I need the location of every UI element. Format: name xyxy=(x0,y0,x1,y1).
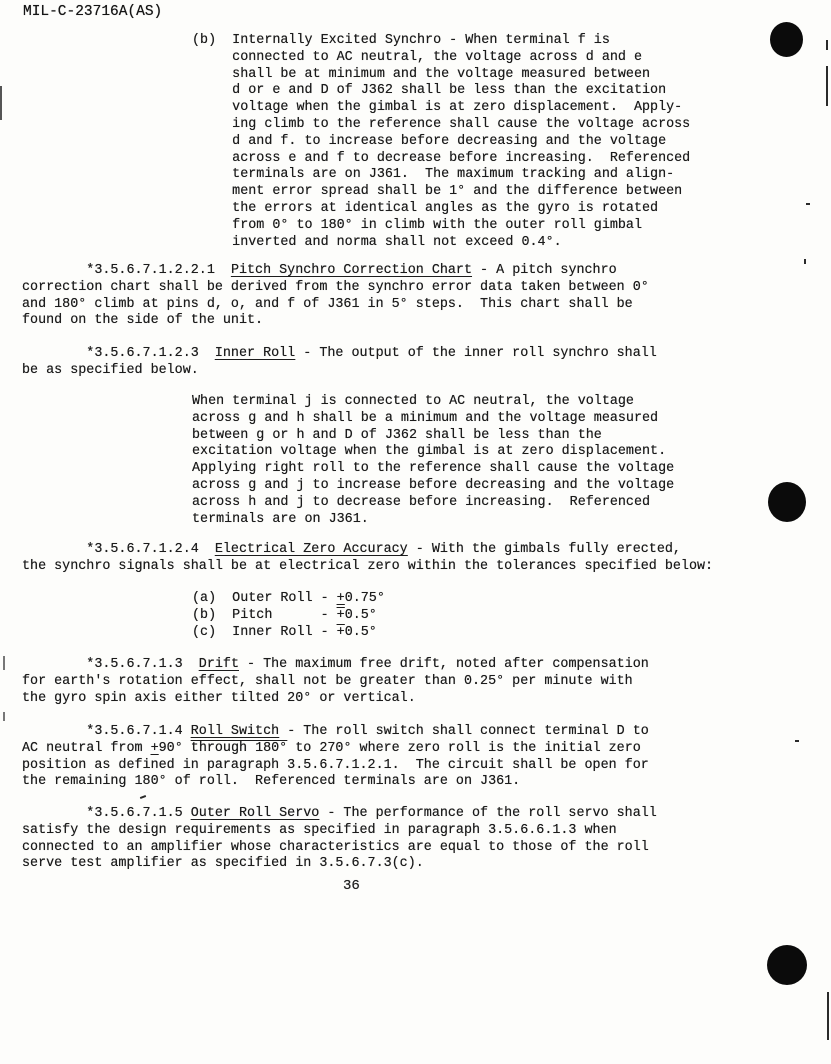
text-line: When terminal j is connected to AC neutr… xyxy=(192,394,674,411)
text-line: (b) Internally Excited Synchro - When te… xyxy=(192,33,690,50)
text-line: across e and f to decrease before increa… xyxy=(192,151,690,168)
text-line: across h and j to decrease before increa… xyxy=(192,495,674,512)
text-line: correction chart shall be derived from t… xyxy=(22,280,649,297)
text-line: *3.5.6.7.1.2.4 Electrical Zero Accuracy … xyxy=(22,542,713,559)
text-line: ment error spread shall be 1° and the di… xyxy=(192,184,690,201)
text-line: inverted and norma shall not exceed 0.4°… xyxy=(192,235,690,252)
page-number: 36 xyxy=(343,878,360,894)
hole-punch-mark-top xyxy=(770,22,803,57)
scan-speck xyxy=(0,86,2,120)
scan-speck xyxy=(3,656,5,670)
text-line: across g and h shall be a minimum and th… xyxy=(192,411,674,428)
text-line: the gyro spin axis either tilted 20° or … xyxy=(22,691,649,708)
text-line: ing climb to the reference shall cause t… xyxy=(192,117,690,134)
text-line: *3.5.6.7.1.2.2.1 Pitch Synchro Correctio… xyxy=(22,263,649,280)
text-line: serve test amplifier as specified in 3.5… xyxy=(22,856,657,873)
scan-edge-mark xyxy=(827,992,829,1040)
text-line: found on the side of the unit. xyxy=(22,313,649,330)
scan-edge-mark xyxy=(826,66,828,106)
list-zero-tolerances: (a) Outer Roll - +0.75°(b) Pitch - +0.5°… xyxy=(192,591,385,641)
text-line: the errors at identical angles as the gy… xyxy=(192,201,690,218)
scan-speck xyxy=(140,795,146,799)
text-line: excitation voltage when the gimbal is at… xyxy=(192,444,674,461)
text-line: the synchro signals shall be at electric… xyxy=(22,559,713,576)
text-line: connected to an amplifier whose characte… xyxy=(22,840,657,857)
document-number: MIL-C-23716A(AS) xyxy=(23,4,162,20)
text-line: *3.5.6.7.1.4 Roll Switch - The roll swit… xyxy=(22,724,649,741)
paragraph-terminal-j: When terminal j is connected to AC neutr… xyxy=(192,394,674,528)
scan-speck xyxy=(795,740,799,742)
paragraph-electrical-zero-accuracy: *3.5.6.7.1.2.4 Electrical Zero Accuracy … xyxy=(22,542,713,576)
text-line: across g and j to increase before decrea… xyxy=(192,478,674,495)
text-line: Applying right roll to the reference sha… xyxy=(192,461,674,478)
text-line: AC neutral from +90° through 180° to 270… xyxy=(22,741,649,758)
text-line: satisfy the design requirements as speci… xyxy=(22,823,657,840)
scan-speck xyxy=(806,203,810,205)
scan-speck xyxy=(3,712,5,721)
hole-punch-mark-middle xyxy=(768,482,806,522)
hole-punch-mark-bottom xyxy=(767,945,807,985)
text-line: connected to AC neutral, the voltage acr… xyxy=(192,50,690,67)
text-line: terminals are on J361. The maximum track… xyxy=(192,167,690,184)
text-line: and 180° climb at pins d, o, and f of J3… xyxy=(22,297,649,314)
paragraph-drift: *3.5.6.7.1.3 Drift - The maximum free dr… xyxy=(22,657,649,707)
text-line: terminals are on J361. xyxy=(192,512,674,529)
paragraph-pitch-synchro-correction-chart: *3.5.6.7.1.2.2.1 Pitch Synchro Correctio… xyxy=(22,263,649,330)
text-line: d and f. to increase before decreasing a… xyxy=(192,134,690,151)
text-line: for earth's rotation effect, shall not b… xyxy=(22,674,649,691)
text-line: the remaining 180° of roll. Referenced t… xyxy=(22,774,649,791)
text-line: (c) Inner Roll - +0.5° xyxy=(192,625,385,642)
text-line: shall be at minimum and the voltage meas… xyxy=(192,67,690,84)
text-line: (a) Outer Roll - +0.75° xyxy=(192,591,385,608)
scan-speck xyxy=(804,259,806,264)
paragraph-outer-roll-servo: *3.5.6.7.1.5 Outer Roll Servo - The perf… xyxy=(22,806,657,873)
text-line: be as specified below. xyxy=(22,363,657,380)
paragraph-internally-excited-synchro: (b) Internally Excited Synchro - When te… xyxy=(192,33,690,251)
text-line: *3.5.6.7.1.5 Outer Roll Servo - The perf… xyxy=(22,806,657,823)
text-line: *3.5.6.7.1.3 Drift - The maximum free dr… xyxy=(22,657,649,674)
paragraph-inner-roll: *3.5.6.7.1.2.3 Inner Roll - The output o… xyxy=(22,346,657,380)
text-line: d or e and D of J362 shall be less than … xyxy=(192,83,690,100)
paragraph-roll-switch: *3.5.6.7.1.4 Roll Switch - The roll swit… xyxy=(22,724,649,791)
text-line: between g or h and D of J362 shall be le… xyxy=(192,428,674,445)
document-page: MIL-C-23716A(AS) (b) Internally Excited … xyxy=(0,0,831,1064)
text-line: (b) Pitch - +0.5° xyxy=(192,608,385,625)
text-line: from 0° to 180° in climb with the outer … xyxy=(192,218,690,235)
text-line: position as defined in paragraph 3.5.6.7… xyxy=(22,758,649,775)
scan-edge-mark xyxy=(826,40,828,50)
text-line: voltage when the gimbal is at zero displ… xyxy=(192,100,690,117)
text-line: *3.5.6.7.1.2.3 Inner Roll - The output o… xyxy=(22,346,657,363)
